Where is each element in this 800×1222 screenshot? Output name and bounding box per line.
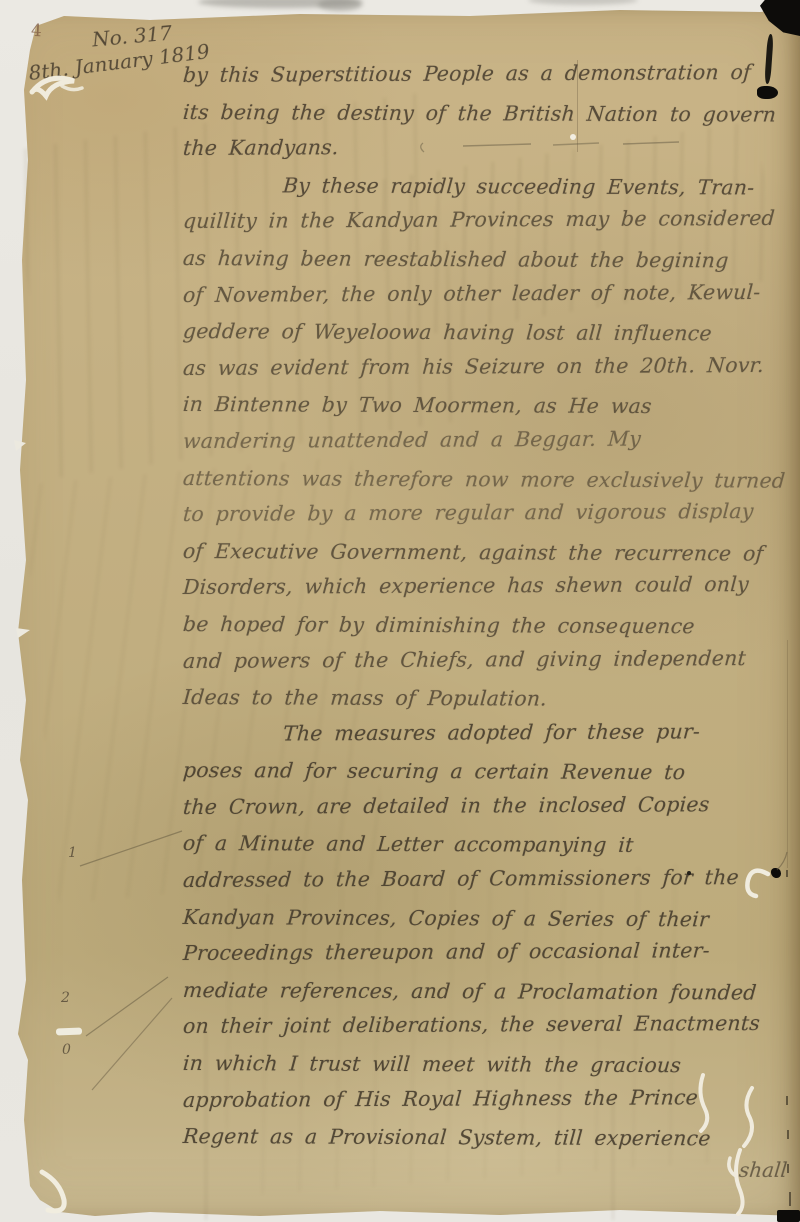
ink-blot [757,86,778,99]
manuscript-line: on their joint deliberations, the severa… [182,1005,789,1045]
manuscript-line: approbation of His Royal Highness the Pr… [182,1078,789,1118]
manuscript-line: of November, the only other leader of no… [182,273,789,313]
torn-edge-hole [777,1210,800,1222]
folio-number: 4 [30,21,42,42]
binding-stitch-mark [786,870,788,877]
manuscript-line: Proceedings thereupon and of occasional … [182,932,789,972]
manuscript-line: the Crown, are detailed in the inclosed … [182,786,789,826]
manuscript-line: be hoped for by diminishing the conseque… [182,606,789,645]
worm-hole [771,868,781,878]
margin-mark-2: 2 [61,990,70,1006]
manuscript-line: the Kandyans. [182,127,789,167]
backdrop-smudge [528,0,638,5]
binding-stitch-mark [789,1192,791,1206]
binding-stitch-mark [787,1164,789,1173]
manuscript-line: as was evident from his Seizure on the 2… [182,347,789,387]
manuscript-lines: by this Superstitious People as a demons… [183,57,787,1155]
backdrop-smudge [318,0,362,11]
manuscript-line: by this Superstitious People as a demons… [182,54,789,94]
manuscript-line: to provide by a more regular and vigorou… [182,493,789,533]
manuscript-line: Disorders, which experience has shewn co… [182,566,789,606]
manuscript-line: addressed to the Board of Commissioners … [182,859,789,899]
scanned-manuscript-page: { "document": { "kind": "handwritten des… [0,0,800,1222]
binding-stitch-mark [787,1130,789,1139]
margin-mark-3: 0 [62,1042,71,1058]
ink-speck [687,871,691,875]
manuscript-line: Regent as a Provisional System, till exp… [182,1118,789,1157]
manuscript-line: quillity in the Kandyan Provinces may be… [182,200,789,240]
catchword: shall [182,1158,800,1182]
manuscript-line: The measures adopted for these pur- [182,713,789,753]
manuscript-line: wandering unattended and a Beggar. My [182,420,789,460]
binding-stitch-mark [786,1096,788,1105]
margin-mark-1: 1 [68,845,77,861]
manuscript-line: and powers of the Chiefs, and giving ind… [182,639,789,679]
